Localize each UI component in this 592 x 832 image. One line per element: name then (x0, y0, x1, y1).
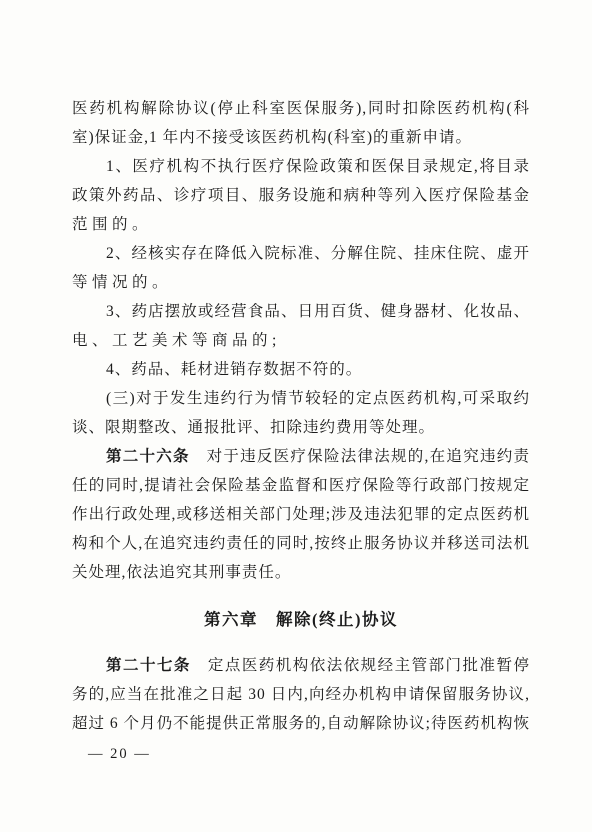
text-line: 第二十七条 定点医药机构依法依规经主管部门批准暂停服 (72, 651, 530, 680)
text-line: 2、经核实存在降低入院标准、分解住院、挂床住院、虚开项目 (72, 239, 530, 268)
text-run: 谈、限期整改、通报批评、扣除违约费用等处理。 (72, 419, 435, 436)
text-run: 超过 6 个月仍不能提供正常服务的,自动解除协议;待医药机构恢 (72, 715, 530, 732)
text-line: (三)对于发生违约行为情节较轻的定点医药机构,可采取约 (72, 384, 530, 413)
text-run: 作出行政处理,或移送相关部门处理;涉及违法犯罪的定点医药机 (72, 506, 530, 523)
text-line: 范围的。 (72, 210, 530, 239)
text-run: 构和个人,在追究违约责任的同时,按终止服务协议并移送司法机 (72, 535, 530, 552)
text-run: 电、工艺美术等商品的; (72, 332, 281, 349)
text-line: 构和个人,在追究违约责任的同时,按终止服务协议并移送司法机 (72, 529, 530, 558)
text-line: 1、医疗机构不执行医疗保险政策和医保目录规定,将目录或 (72, 152, 530, 181)
text-run: 对于违反医疗保险法律法规的,在追究违约责 (190, 448, 530, 465)
paragraph-lines-upper: 医药机构解除协议(停止科室医保服务),同时扣除医药机构(科室)保证金,1 年内不… (72, 94, 530, 587)
text-line: 3、药店摆放或经营食品、日用百货、健身器材、化妆品、小家 (72, 297, 530, 326)
article-number-label: 第二十六条 (106, 448, 190, 465)
text-line: 谈、限期整改、通报批评、扣除违约费用等处理。 (72, 413, 530, 442)
text-line: 超过 6 个月仍不能提供正常服务的,自动解除协议;待医药机构恢 (72, 709, 530, 738)
paragraph-lines-lower: 第二十七条 定点医药机构依法依规经主管部门批准暂停服务的,应当在批准之日起 30… (72, 651, 530, 738)
text-line: 政策外药品、诊疗项目、服务设施和病种等列入医疗保险基金支付 (72, 181, 530, 210)
text-run: 4、药品、耗材进销存数据不符的。 (106, 361, 362, 378)
text-line: 室)保证金,1 年内不接受该医药机构(科室)的重新申请。 (72, 123, 530, 152)
text-line: 任的同时,提请社会保险基金监督和医疗保险等行政部门按规定 (72, 471, 530, 500)
document-page: 医药机构解除协议(停止科室医保服务),同时扣除医药机构(科室)保证金,1 年内不… (0, 0, 592, 832)
text-line: 关处理,依法追究其刑事责任。 (72, 558, 530, 587)
article-number-label: 第二十七条 (106, 657, 191, 674)
text-line: 电、工艺美术等商品的; (72, 326, 530, 355)
text-run: 室)保证金,1 年内不接受该医药机构(科室)的重新申请。 (72, 129, 472, 146)
text-run: 2、经核实存在降低入院标准、分解住院、挂床住院、虚开项目 (72, 245, 530, 268)
text-line: 4、药品、耗材进销存数据不符的。 (72, 355, 530, 384)
text-run: 范围的。 (72, 216, 152, 233)
text-run: (三)对于发生违约行为情节较轻的定点医药机构,可采取约 (106, 390, 530, 407)
text-line: 作出行政处理,或移送相关部门处理;涉及违法犯罪的定点医药机 (72, 500, 530, 529)
text-line: 等情况的。 (72, 268, 530, 297)
text-run: 关处理,依法追究其刑事责任。 (72, 564, 291, 581)
page-number: — 20 — (88, 746, 151, 763)
text-run: 等情况的。 (72, 274, 172, 291)
text-run: 政策外药品、诊疗项目、服务设施和病种等列入医疗保险基金支付 (72, 187, 530, 210)
chapter-heading: 第六章 解除(终止)协议 (72, 605, 530, 634)
text-line: 医药机构解除协议(停止科室医保服务),同时扣除医药机构(科 (72, 94, 530, 123)
text-run: 1、医疗机构不执行医疗保险政策和医保目录规定,将目录或 (72, 158, 530, 181)
text-run: 医药机构解除协议(停止科室医保服务),同时扣除医药机构(科 (72, 100, 530, 117)
text-run: 任的同时,提请社会保险基金监督和医疗保险等行政部门按规定 (72, 477, 530, 494)
text-run: 3、药店摆放或经营食品、日用百货、健身器材、化妆品、小家 (72, 303, 530, 326)
text-line: 第二十六条 对于违反医疗保险法律法规的,在追究违约责 (72, 442, 530, 471)
text-line: 务的,应当在批准之日起 30 日内,向经办机构申请保留服务协议, (72, 680, 530, 709)
body-text: 医药机构解除协议(停止科室医保服务),同时扣除医药机构(科室)保证金,1 年内不… (72, 94, 530, 738)
text-run: 务的,应当在批准之日起 30 日内,向经办机构申请保留服务协议, (72, 686, 530, 703)
